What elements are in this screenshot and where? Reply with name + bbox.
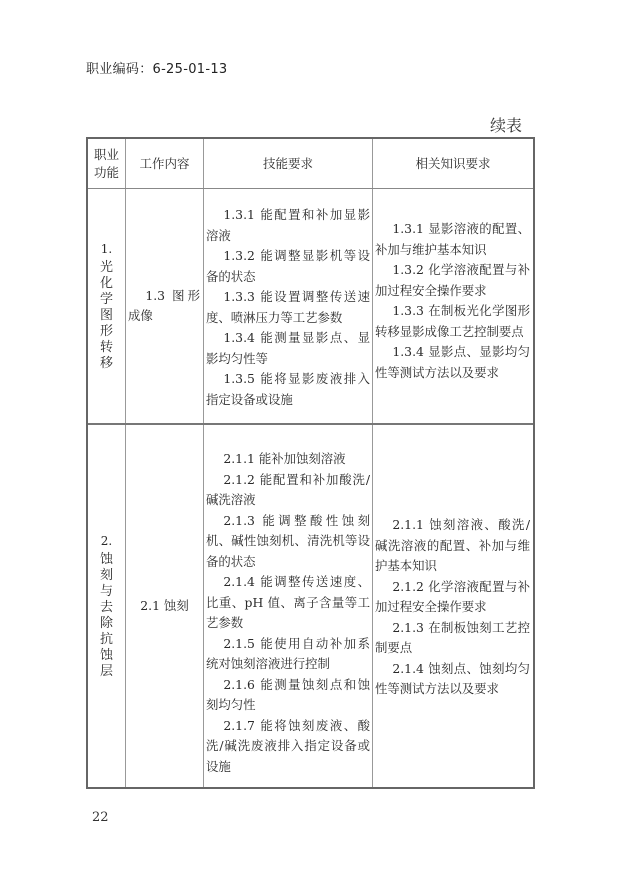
function-char: 形 xyxy=(100,324,113,340)
skill-item: 1.3.2 能调整显影机等设备的状态 xyxy=(206,246,370,287)
page-number: 22 xyxy=(92,810,109,825)
skill-item: 1.3.1 能配置和补加显影溶液 xyxy=(206,205,370,246)
function-char: 学 xyxy=(100,292,113,308)
knowledge-item: 2.1.2 化学溶液配置与补加过程安全操作要求 xyxy=(375,577,530,618)
function-char: 光 xyxy=(100,260,113,276)
skill-item: 1.3.4 能测量显影点、显影均匀性等 xyxy=(206,328,370,369)
function-number: 2. xyxy=(101,533,112,549)
header-knowledge: 相关知识要求 xyxy=(373,139,533,188)
function-char: 去 xyxy=(100,600,113,616)
knowledge-item: 1.3.4 显影点、显影均匀性等测试方法以及要求 xyxy=(375,342,530,383)
function-char: 抗 xyxy=(100,632,113,648)
knowledge-item: 2.1.3 在制板蚀刻工艺控制要点 xyxy=(375,618,530,659)
function-char: 刻 xyxy=(100,568,113,584)
column-divider xyxy=(203,139,204,787)
skill-item: 2.1.7 能将蚀刻废液、酸洗/碱洗废液排入指定设备或设施 xyxy=(206,716,370,778)
function-char: 与 xyxy=(100,584,113,600)
skill-item: 2.1.6 能测量蚀刻点和蚀刻均匀性 xyxy=(206,675,370,716)
skill-item: 2.1.3 能调整酸性蚀刻机、碱性蚀刻机、清洗机等设备的状态 xyxy=(206,511,370,573)
column-divider xyxy=(372,139,373,787)
skills-table: 职业功能 工作内容 技能要求 相关知识要求 1. 光 化 学 图 形 转 移 1… xyxy=(86,137,535,789)
occupation-code: 职业编码：6-25-01-13 xyxy=(86,58,227,77)
skills-cell-1: 1.3.1 能配置和补加显影溶液 1.3.2 能调整显影机等设备的状态 1.3.… xyxy=(206,205,370,410)
function-char: 层 xyxy=(100,664,113,680)
function-number: 1. xyxy=(101,241,112,257)
knowledge-cell-2: 2.1.1 蚀刻溶液、酸洗/碱洗溶液的配置、补加与维护基本知识 2.1.2 化学… xyxy=(375,515,530,700)
header-function: 职业功能 xyxy=(88,139,125,188)
function-char: 转 xyxy=(100,340,113,356)
header-function-line2: 功能 xyxy=(94,165,119,180)
skill-item: 2.1.4 能调整传送速度、比重、pH 值、离子含量等工艺参数 xyxy=(206,572,370,634)
skill-item: 2.1.5 能使用自动补加系统对蚀刻溶液进行控制 xyxy=(206,634,370,675)
function-char: 化 xyxy=(100,276,113,292)
knowledge-item: 1.3.3 在制板光化学图形转移显影成像工艺控制要点 xyxy=(375,301,530,342)
work-content-cell-1: 1.3 图形成像 xyxy=(128,189,200,423)
knowledge-item: 1.3.1 显影溶液的配置、补加与维护基本知识 xyxy=(375,219,530,260)
work-content-cell-2: 2.1 蚀刻 xyxy=(126,425,203,787)
skill-item: 1.3.5 能将显影废液排入指定设备或设施 xyxy=(206,369,370,410)
knowledge-cell-1: 1.3.1 显影溶液的配置、补加与维护基本知识 1.3.2 化学溶液配置与补加过… xyxy=(375,219,530,383)
function-char: 图 xyxy=(100,308,113,324)
function-cell-2: 2. 蚀 刻 与 去 除 抗 蚀 层 xyxy=(88,425,125,787)
header-function-line1: 职业 xyxy=(94,147,119,162)
skills-cell-2: 2.1.1 能补加蚀刻溶液 2.1.2 能配置和补加酸洗/碱洗溶液 2.1.3 … xyxy=(206,449,370,777)
function-char: 蚀 xyxy=(100,552,113,568)
work-content-text: 2.1 蚀刻 xyxy=(140,596,188,617)
function-cell-1: 1. 光 化 学 图 形 转 移 xyxy=(88,189,125,423)
skill-item: 2.1.2 能配置和补加酸洗/碱洗溶液 xyxy=(206,470,370,511)
knowledge-item: 1.3.2 化学溶液配置与补加过程安全操作要求 xyxy=(375,260,530,301)
skill-item: 2.1.1 能补加蚀刻溶液 xyxy=(206,449,370,470)
continued-table-label: 续表 xyxy=(490,113,522,136)
knowledge-item: 2.1.1 蚀刻溶液、酸洗/碱洗溶液的配置、补加与维护基本知识 xyxy=(375,515,530,577)
work-content-text: 1.3 图形成像 xyxy=(128,286,200,326)
knowledge-item: 2.1.4 蚀刻点、蚀刻均匀性等测试方法以及要求 xyxy=(375,659,530,700)
skill-item: 1.3.3 能设置调整传送速度、喷淋压力等工艺参数 xyxy=(206,287,370,328)
header-work-content: 工作内容 xyxy=(126,139,203,188)
header-skills: 技能要求 xyxy=(204,139,372,188)
function-char: 移 xyxy=(100,356,113,372)
function-char: 除 xyxy=(100,616,113,632)
function-char: 蚀 xyxy=(100,648,113,664)
